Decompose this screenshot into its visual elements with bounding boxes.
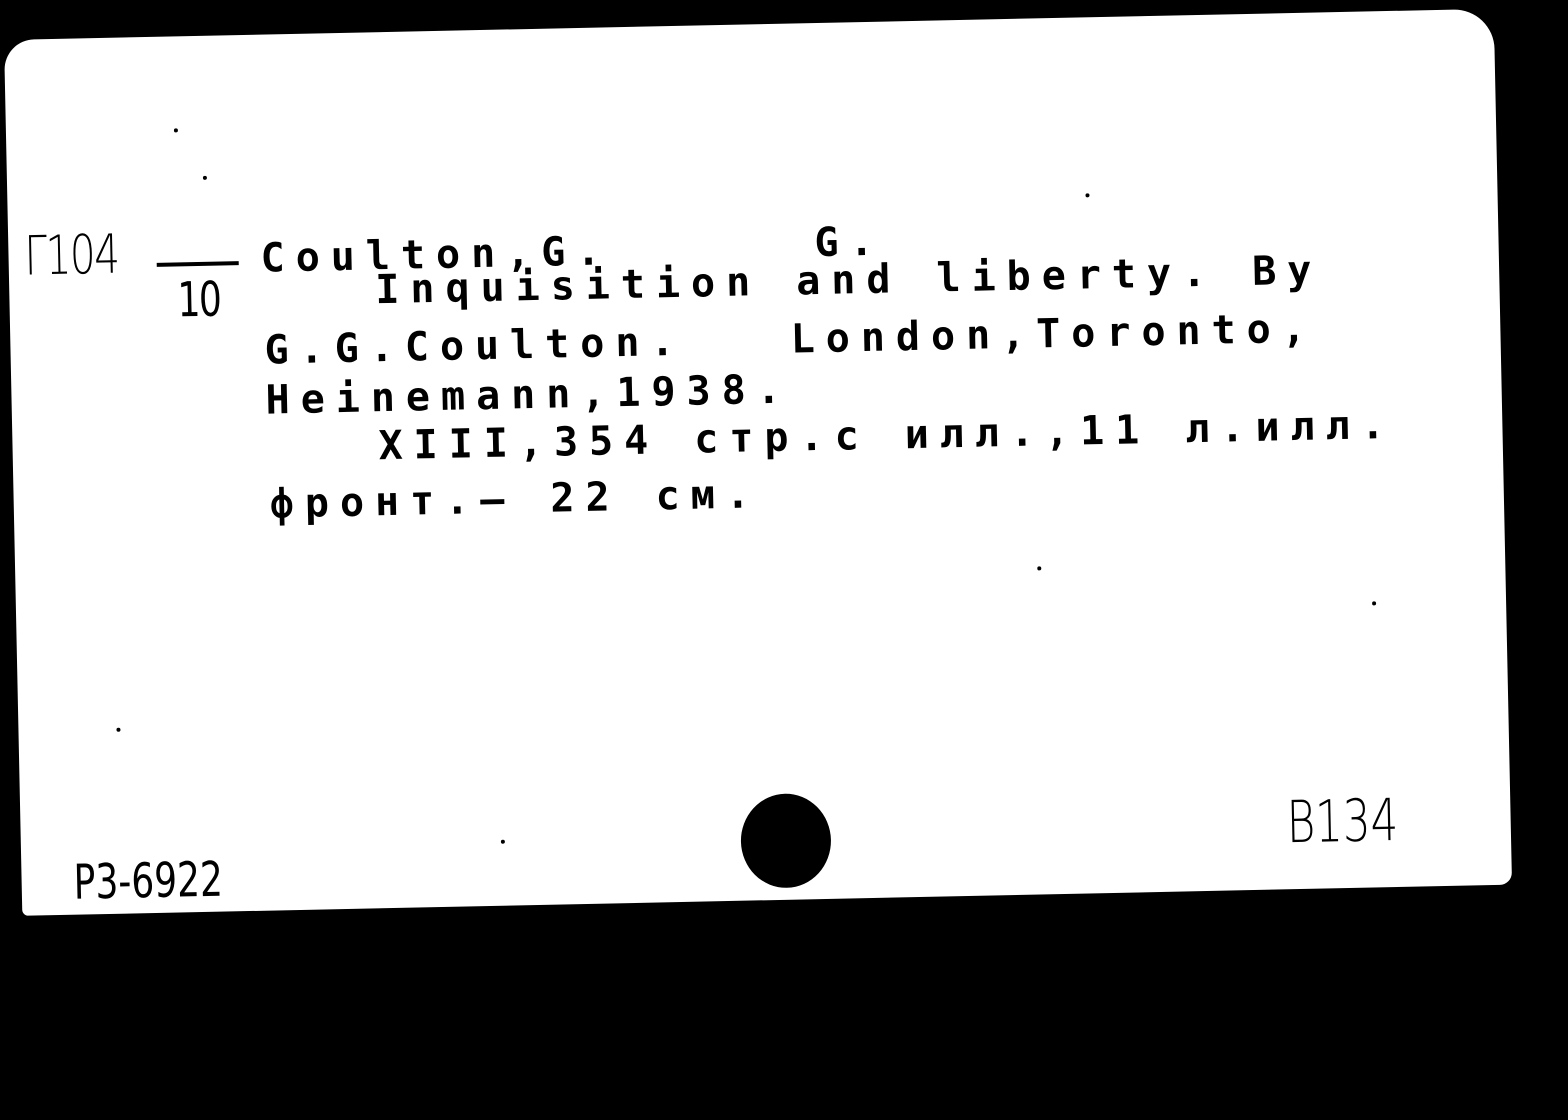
punch-hole [740,793,832,889]
scan-speck [174,128,178,132]
publisher-year-line: Heinemann,1938. [265,370,792,421]
scan-speck [501,840,505,844]
shelfmark-divider [157,261,239,267]
catalog-card: Г104 10 Coulton,G. G. Inquisition and li… [4,9,1512,916]
scan-speck [116,728,120,732]
scan-speck [1372,601,1376,605]
inventory-number: P3-6922 [73,856,223,907]
scan-speck [203,176,207,180]
location-code: B134 [1286,791,1399,851]
shelfmark-main: Г104 [24,228,119,284]
scan-speck [1037,566,1041,570]
dimensions-line: фронт.— 22 см. [269,474,761,524]
shelfmark-sub: 10 [177,276,221,325]
statement-publication-line: G.G.Coulton. London,Toronto, [264,309,1317,371]
scan-speck [1085,193,1089,197]
scan-background: Г104 10 Coulton,G. G. Inquisition and li… [0,0,1568,1120]
